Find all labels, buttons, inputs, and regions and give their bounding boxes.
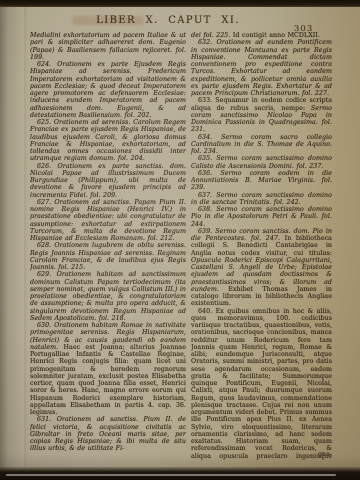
paragraph: 639. Sermo coram sanctiss. dom. Pio in d… (191, 228, 332, 308)
book-page-edge-highlight (6, 474, 336, 476)
right-column: dei fol. 225. Id contigit anno MCDLXII.6… (191, 32, 332, 460)
text-segment: 631. Orationem ad sanctiss. Pium II. de … (30, 416, 186, 452)
catchword: gna- (260, 451, 332, 458)
paragraph: 630. Orationem habitam Romae in nativita… (30, 322, 186, 416)
bottom-scan-edge (0, 467, 360, 480)
text-segment: 629. Orationem habitam ad sanctissimum d… (30, 271, 186, 322)
text-segment: 638. Sermo coram sanctissimo domino Pio … (191, 206, 332, 228)
scanned-book-page: { "page": { "running_title": "LIBER X. C… (0, 0, 360, 480)
text-segment: 635. Sermo coram sanctissimo domino Cali… (191, 155, 332, 169)
text-segment: 640. Ex quibus omnibus in hoc & aliis, q… (191, 308, 332, 461)
running-title: LIBER X. CAPUT XI. (30, 15, 306, 26)
text-segment: 634. Sermo coram sacro collegio Cardinal… (191, 134, 332, 156)
text-segment: 626. Orationem ex parte sanctiss. dom. N… (30, 163, 186, 199)
text-segment: 624. Orationem ex parte Ejusdem Regis Hi… (30, 61, 186, 119)
text-segment: 637. Sermo coram sanctissimo domino in d… (191, 192, 332, 206)
paragraph: 640. Ex quibus omnibus in hoc & aliis, q… (191, 308, 332, 461)
text-segment: 632. Orationem ad eundem Pontificem in c… (191, 39, 332, 97)
paragraph: 626. Orationem ex parte sanctiss. dom. N… (30, 163, 186, 199)
paragraph: 632. Orationem ad eundem Pontificem in c… (191, 39, 332, 97)
top-scan-edge (0, 0, 360, 7)
paragraph: 625. Orationem ad sereniss. Carolum Rege… (30, 119, 186, 163)
text-segment: 625. Orationem ad sereniss. Carolum Rege… (30, 119, 186, 162)
paragraph: 629. Orationem habitam ad sanctissimum d… (30, 271, 186, 322)
paragraph: 634. Sermo coram sacro collegio Cardinal… (191, 134, 332, 156)
paragraph: 635. Sermo coram sanctissimo domino Cali… (191, 155, 332, 170)
gutter-shadow (24, 7, 28, 467)
paragraph: dei fol. 225. Id contigit anno MCDLXII. (191, 32, 332, 39)
text-segment: dei fol. 225. (191, 32, 230, 39)
text-segment: 628. Orationem lugubrem de obitu serenis… (30, 242, 186, 271)
paragraph: Medialini exhortatorium ad pacem Italiae… (30, 32, 186, 61)
paragraph: 636. Sermo coram eodem in die Annuntiati… (191, 170, 332, 192)
text-segment: Haec est Joanna; alterius Joannae Portug… (30, 344, 186, 416)
paragraph: 624. Orationem ex parte Ejusdem Regis Hi… (30, 61, 186, 119)
paragraph: 638. Sermo coram sanctissimo domino Pio … (191, 206, 332, 228)
paper-page: LIBER X. CAPUT XI. 303 Medialini exhorta… (0, 0, 360, 480)
text-segment: Medialini exhortatorium ad pacem Italiae… (30, 32, 186, 61)
text-segment: 627. Orationem ad sanctiss. Papam Pium I… (30, 199, 186, 242)
left-column: Medialini exhortatorium ad pacem Italiae… (30, 32, 186, 460)
text-segment: Id contigit anno MCDLXII. (230, 32, 320, 39)
paragraph: 633. Sequamur in eodem codice scripta al… (191, 97, 332, 133)
paragraph: 637. Sermo coram sanctissimo domino in d… (191, 192, 332, 207)
text-columns: Medialini exhortatorium ad pacem Italiae… (30, 32, 332, 460)
text-segment: 636. Sermo coram eodem in die Annuntiati… (191, 170, 332, 192)
paragraph: 627. Orationem ad sanctiss. Papam Pium I… (30, 199, 186, 243)
paragraph: 631. Orationem ad sanctiss. Pium II. de … (30, 416, 186, 452)
paragraph: 628. Orationem lugubrem de obitu serenis… (30, 242, 186, 271)
